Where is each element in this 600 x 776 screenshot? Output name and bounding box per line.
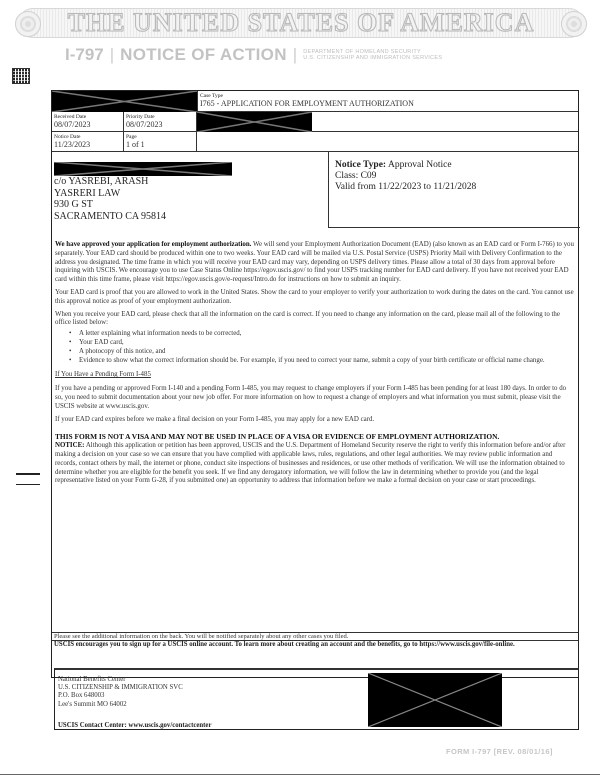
notice-main-box: Case Type I765 - APPLICATION FOR EMPLOYM… [51,90,579,678]
header-banner: THE UNITED STATES OF AMERICA [18,8,584,38]
received-date-cell: Received Date 08/07/2023 [52,112,124,132]
ead-proof-paragraph: Your EAD card is proof that you are allo… [55,289,575,307]
address-line: SACRAMENTO CA 95814 [54,211,166,223]
approval-lead: We have approved your application for em… [55,241,251,248]
additional-info-note: Please see the additional information on… [52,632,578,641]
list-item: A photocopy of this notice, and [69,348,575,357]
pending-i485-heading: If You Have a Pending Form I-485 [55,371,575,380]
address-lines: c/o YASREBI, ARASH YASRERI LAW 930 G ST … [54,176,166,222]
office-line: U.S. CITIZENSHIP & IMMIGRATION SVC [58,684,183,692]
notice-title: NOTICE OF ACTION [120,45,287,65]
dates-row: Received Date 08/07/2023 Priority Date 0… [52,112,578,132]
verification-notice: NOTICE: Although this application or pet… [55,442,575,486]
department-line-2: U.S. CITIZENSHIP AND IMMIGRATION SERVICE… [303,55,442,61]
mailing-address: c/o YASREBI, ARASH YASRERI LAW 930 G ST … [52,152,328,228]
approval-paragraph: We have approved your application for em… [55,241,575,285]
redacted-box-x-icon [197,112,312,132]
priority-date-value: 08/07/2023 [124,120,196,129]
ead-expiry-paragraph: If your EAD card expires before we make … [55,416,575,425]
list-item: Your EAD card, [69,339,575,348]
rosette-icon [561,11,587,37]
notice-date-value: 11/23/2023 [52,140,123,149]
office-address: National Benefits Center U.S. CITIZENSHI… [58,676,183,709]
redacted-box-x-icon [54,162,232,176]
office-line: Lee's Summit MO 64002 [58,701,183,709]
rosette-icon [15,11,41,37]
margin-line [16,484,40,486]
redacted-box-x-icon [52,91,197,112]
list-item: Evidence to show what the correct inform… [69,357,575,366]
form-revision: FORM I-797 [REV. 08/01/16] [446,747,553,756]
case-type-label: Case Type [198,91,579,99]
list-item: A letter explaining what information nee… [69,330,575,339]
online-account-note: USCIS encourages you to sign up for a US… [52,641,578,660]
notice-text: Although this application or petition ha… [55,442,565,484]
redacted-box-x-icon [368,673,502,727]
department-name: DEPARTMENT OF HOMELAND SECURITY U.S. CIT… [303,49,442,61]
correction-paragraph: When you receive your EAD card, please c… [55,311,575,329]
received-date-label: Received Date [52,112,123,120]
margin-marks [16,473,40,494]
banner-title: THE UNITED STATES OF AMERICA [68,8,535,38]
office-line: P.O. Box 648003 [58,692,183,700]
case-header-row: Case Type I765 - APPLICATION FOR EMPLOYM… [52,91,578,112]
page-cell: Page 1 of 1 [124,132,197,152]
address-line: 930 G ST [54,199,166,211]
case-type-value: I765 - APPLICATION FOR EMPLOYMENT AUTHOR… [198,99,579,108]
priority-date-label: Priority Date [124,112,196,120]
office-line: National Benefits Center [58,676,183,684]
margin-line [16,473,40,475]
pending-i485-paragraph: If you have a pending or approved Form I… [55,385,575,411]
form-heading: I-797 | NOTICE OF ACTION | DEPARTMENT OF… [65,45,442,65]
notice-label: NOTICE: [55,442,84,449]
priority-date-cell: Priority Date 08/07/2023 [124,112,197,132]
not-a-visa-warning: THIS FORM IS NOT A VISA AND MAY NOT BE U… [55,433,575,442]
notice-type-label: Notice Type: [335,160,386,170]
notice-type-value: Approval Notice [388,160,452,170]
bottom-rule [0,774,600,775]
notice-body: We have approved your application for em… [52,241,578,490]
notice-type-box: Notice Type: Approval Notice Class: C09 … [328,152,580,228]
office-address-box: National Benefits Center U.S. CITIZENSHI… [54,668,579,730]
separator: | [110,45,114,65]
notice-date-row: Notice Date 11/23/2023 Page 1 of 1 [52,132,578,152]
contact-center: USCIS Contact Center: www.uscis.gov/cont… [58,722,211,729]
qr-code-icon [12,68,30,84]
address-line: c/o YASREBI, ARASH [54,176,166,188]
case-type-cell: Case Type I765 - APPLICATION FOR EMPLOYM… [197,91,579,112]
page-value: 1 of 1 [124,140,196,149]
received-date-value: 08/07/2023 [52,120,123,129]
separator: | [293,45,297,65]
validity-period: Valid from 11/22/2023 to 11/21/2028 [335,182,580,193]
notice-date-label: Notice Date [52,132,123,140]
correction-list: A letter explaining what information nee… [69,330,575,365]
page-label: Page [124,132,196,140]
form-number: I-797 [65,45,104,65]
address-line: YASRERI LAW [54,188,166,200]
class-value: Class: C09 [335,171,580,182]
notice-date-cell: Notice Date 11/23/2023 [52,132,124,152]
